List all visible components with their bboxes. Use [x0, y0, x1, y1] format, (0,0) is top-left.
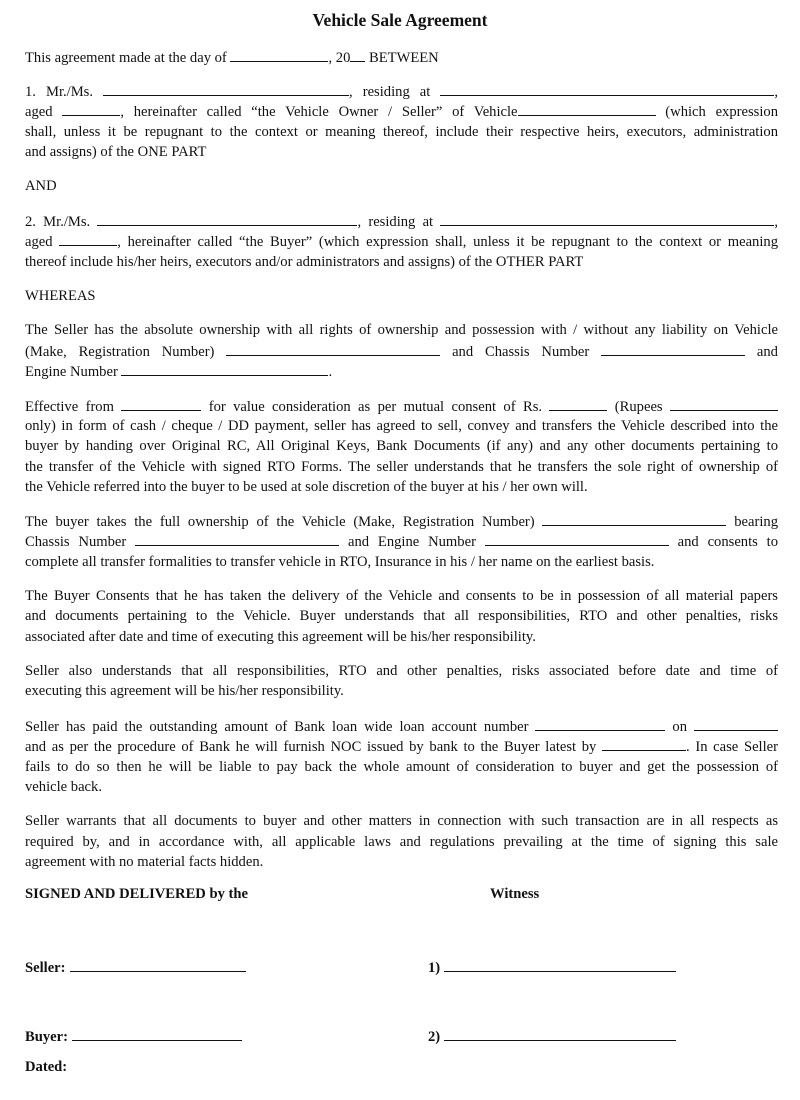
engine-number-field[interactable]	[121, 361, 328, 376]
seller-understands-line1: Seller also understands that all respons…	[25, 661, 778, 681]
party2-line1: 2. Mr./Ms. , residing at ,	[25, 211, 778, 232]
party1-residing: , residing at	[349, 84, 430, 100]
rupees-label: (Rupees	[615, 399, 663, 415]
intro-line: This agreement made at the day of , 20 B…	[25, 47, 778, 68]
day-field[interactable]	[230, 47, 328, 62]
buyer-signature-field[interactable]	[72, 1025, 242, 1041]
witness2-signature-field[interactable]	[444, 1025, 676, 1041]
buyer-signature-row: Buyer:	[25, 1025, 242, 1046]
loan-line1: Seller has paid the outstanding amount o…	[25, 716, 778, 737]
party1-line3: shall, unless it be repugnant to the con…	[25, 122, 778, 142]
ownership-chassis-label: and Chassis Number	[452, 344, 589, 360]
ownership-line2: (Make, Registration Number) and Chassis …	[25, 341, 778, 362]
loan-date-field[interactable]	[694, 716, 778, 731]
buyer-consents-line3: associated after date and time of execut…	[25, 627, 778, 647]
on-label: on	[672, 719, 687, 735]
party2-title: 2. Mr./Ms.	[25, 214, 90, 230]
party1-expression: (which expression	[665, 104, 778, 120]
buyer-consents-line1: The Buyer Consents that he has taken the…	[25, 586, 778, 606]
loan-account-label: Seller has paid the outstanding amount o…	[25, 719, 528, 735]
effective-line3: buyer by handing over Original RC, All O…	[25, 436, 778, 456]
noc-label: and as per the procedure of Bank he will…	[25, 739, 596, 755]
witness2-label: 2)	[428, 1029, 440, 1045]
consents-to-label: and consents to	[678, 534, 778, 550]
buyer-engine-label: and Engine Number	[348, 534, 476, 550]
buyer-takes-line1: The buyer takes the full ownership of th…	[25, 511, 778, 532]
effective-from-label: Effective from	[25, 399, 114, 415]
consideration-label: for value consideration as per mutual co…	[209, 399, 542, 415]
party2-called: , hereinafter called “the Buyer” (which …	[117, 234, 778, 250]
loan-account-field[interactable]	[535, 716, 665, 731]
vehicle-registration-field[interactable]	[226, 341, 440, 356]
ownership-engine-label: Engine Number	[25, 364, 118, 380]
seller-signature-field[interactable]	[70, 956, 246, 972]
party2-residing: , residing at	[357, 214, 433, 230]
party1-line4: and assigns) of the ONE PART	[25, 142, 778, 162]
seller-name-field[interactable]	[103, 81, 349, 96]
buyer-age-field[interactable]	[59, 231, 117, 246]
seller-understands-line2: executing this agreement will be his/her…	[25, 681, 778, 701]
party1-aged: aged	[25, 104, 53, 120]
ownership-make-label: (Make, Registration Number)	[25, 344, 214, 360]
buyer-signature-label: Buyer:	[25, 1029, 68, 1045]
seller-age-field[interactable]	[62, 101, 120, 116]
party1-line2: aged , hereinafter called “the Vehicle O…	[25, 101, 778, 122]
document-title: Vehicle Sale Agreement	[0, 10, 800, 31]
buyer-registration-field[interactable]	[542, 511, 726, 526]
buyer-chassis-field[interactable]	[135, 531, 339, 546]
seller-vehicle-field[interactable]	[518, 101, 656, 116]
loan-line4: vehicle back.	[25, 777, 778, 797]
noc-date-field[interactable]	[602, 736, 686, 751]
warrants-line2: required by, and in accordance with, all…	[25, 832, 778, 852]
seller-signature-row: Seller:	[25, 956, 246, 977]
bearing-label: bearing	[734, 514, 778, 530]
party1-line1: 1. Mr./Ms. , residing at ,	[25, 81, 778, 102]
witness-heading: Witness	[490, 886, 539, 903]
effective-line4: the transfer of the Vehicle with signed …	[25, 457, 778, 477]
buyer-takes-text: The buyer takes the full ownership of th…	[25, 514, 535, 530]
period: .	[328, 364, 332, 380]
signed-delivered-heading: SIGNED AND DELIVERED by the	[25, 886, 248, 903]
year-field[interactable]	[350, 47, 365, 62]
seller-signature-label: Seller:	[25, 960, 66, 976]
party2-aged: aged	[25, 234, 53, 250]
effective-line2: only) in form of cash / cheque / DD paym…	[25, 416, 778, 436]
witness1-row: 1)	[428, 956, 676, 977]
effective-line1: Effective from for value consideration a…	[25, 396, 778, 417]
buyer-consents-line2: and documents pertaining to the Vehicle.…	[25, 606, 778, 626]
party2-line2: aged , hereinafter called “the Buyer” (w…	[25, 231, 778, 252]
loan-line3: fails to do so then he will be liable to…	[25, 757, 778, 777]
dated-label: Dated:	[25, 1059, 67, 1076]
ownership-line1: The Seller has the absolute ownership wi…	[25, 320, 778, 340]
intro-between: BETWEEN	[365, 50, 438, 66]
comma: ,	[774, 84, 778, 100]
in-case-seller-label: . In case Seller	[686, 739, 778, 755]
party2-line3: thereof include his/her heirs, executors…	[25, 252, 778, 272]
effective-date-field[interactable]	[121, 396, 201, 411]
chassis-number-field[interactable]	[601, 341, 745, 356]
intro-text: This agreement made at the day of	[25, 50, 227, 66]
seller-address-field[interactable]	[440, 81, 774, 96]
buyer-chassis-label: Chassis Number	[25, 534, 126, 550]
witness1-signature-field[interactable]	[444, 956, 676, 972]
warrants-line3: agreement with no material facts hidden.	[25, 852, 778, 872]
amount-rs-field[interactable]	[549, 396, 607, 411]
buyer-engine-field[interactable]	[485, 531, 669, 546]
buyer-takes-line2: Chassis Number and Engine Number and con…	[25, 531, 778, 552]
amount-words-field[interactable]	[670, 396, 778, 411]
loan-line2: and as per the procedure of Bank he will…	[25, 736, 778, 757]
buyer-takes-line3: complete all transfer formalities to tra…	[25, 552, 778, 572]
effective-line5: the Vehicle referred into the buyer to b…	[25, 477, 778, 497]
buyer-address-field[interactable]	[440, 211, 774, 226]
buyer-name-field[interactable]	[97, 211, 357, 226]
ownership-and: and	[757, 344, 778, 360]
witness1-label: 1)	[428, 960, 440, 976]
witness2-row: 2)	[428, 1025, 676, 1046]
comma: ,	[774, 214, 778, 230]
party1-title: 1. Mr./Ms.	[25, 84, 93, 100]
ownership-line3: Engine Number .	[25, 361, 778, 382]
intro-year-text: , 20	[328, 50, 350, 66]
and-label: AND	[25, 176, 778, 196]
warrants-line1: Seller warrants that all documents to bu…	[25, 811, 778, 831]
whereas-label: WHEREAS	[25, 286, 778, 306]
party1-called: , hereinafter called “the Vehicle Owner …	[120, 104, 517, 120]
